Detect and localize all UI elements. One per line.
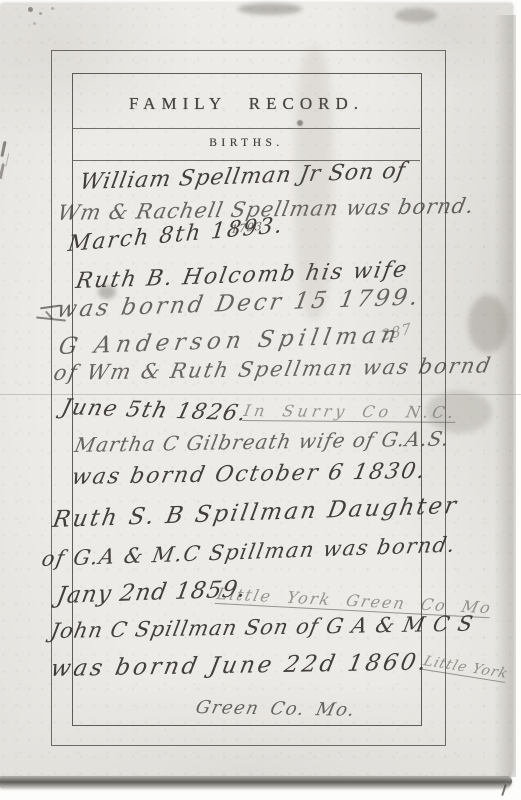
paper-page: FAMILY RECORD. BIRTHS. William Spellman … (0, 3, 513, 783)
page-title: FAMILY RECORD. (73, 94, 420, 114)
section-heading: BIRTHS. (73, 137, 420, 149)
left-edge-ink-marks (0, 141, 6, 157)
stain-top-right (395, 8, 437, 23)
ink-smudge (98, 285, 116, 299)
stain-right-lower (426, 391, 492, 433)
ink-dot (297, 120, 303, 126)
stain-top-center (238, 3, 302, 15)
stain-top-left (28, 7, 33, 12)
birth-line-16: Green Co. Mo. (194, 697, 358, 721)
title-rule-line (73, 128, 420, 129)
page-bottom-edge-shadow (0, 776, 512, 788)
fold-crease-line (0, 394, 521, 395)
scanned-document: FAMILY RECORD. BIRTHS. William Spellman … (0, 0, 521, 800)
paper-right-edge-shadow (494, 15, 516, 777)
stain-center-band (295, 48, 333, 318)
